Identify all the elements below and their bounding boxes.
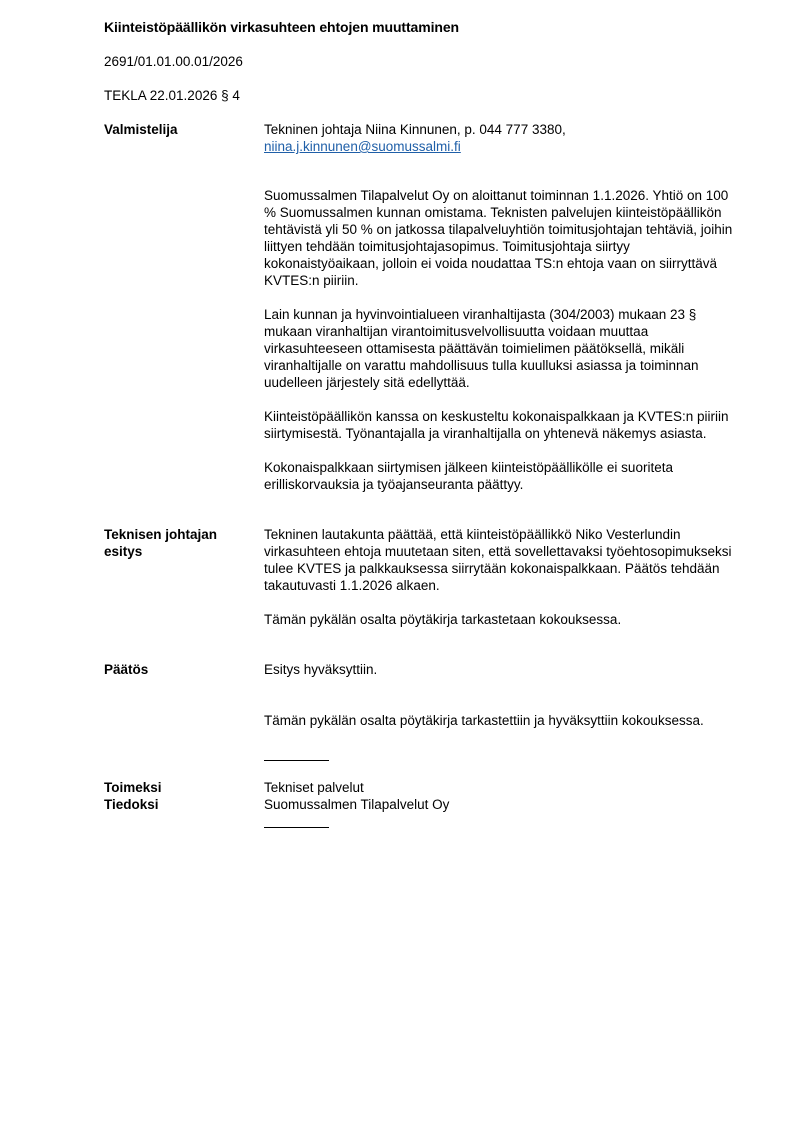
paatos-label: Päätös xyxy=(104,661,148,678)
toimeksi-label: Toimeksi xyxy=(104,779,162,796)
preparer-email-link[interactable]: niina.j.kinnunen@suomussalmi.fi xyxy=(264,139,461,154)
esitys-label-line1: Teknisen johtajan xyxy=(104,526,217,543)
toimeksi-value: Tekniset palvelut xyxy=(264,779,744,796)
valmistelija-label: Valmistelija xyxy=(104,121,178,138)
proposal-paragraph: Tämän pykälän osalta pöytäkirja tarkaste… xyxy=(264,611,744,628)
body-paragraph: Suomussalmen Tilapalvelut Oy on aloittan… xyxy=(264,187,744,289)
meeting-reference: TEKLA 22.01.2026 § 4 xyxy=(104,88,240,103)
document-title: Kiinteistöpäällikön virkasuhteen ehtojen… xyxy=(104,19,459,35)
esitys-label: Teknisen johtajan esitys xyxy=(104,526,217,560)
body-paragraph: Kiinteistöpäällikön kanssa on keskustelt… xyxy=(264,408,744,442)
valmistelija-body: Suomussalmen Tilapalvelut Oy on aloittan… xyxy=(264,187,744,493)
reference-number: 2691/01.01.00.01/2026 xyxy=(104,54,243,69)
esitys-content: Tekninen lautakunta päättää, että kiinte… xyxy=(264,526,744,628)
esitys-label-line2: esitys xyxy=(104,543,217,560)
body-paragraph: Kokonaispalkkaan siirtymisen jälkeen kii… xyxy=(264,459,744,493)
section-divider xyxy=(264,760,329,761)
tiedoksi-value: Suomussalmen Tilapalvelut Oy xyxy=(264,796,744,813)
section-divider xyxy=(264,827,329,828)
body-paragraph: Lain kunnan ja hyvinvointialueen viranha… xyxy=(264,306,744,391)
paatos-note: Tämän pykälän osalta pöytäkirja tarkaste… xyxy=(264,712,744,729)
valmistelija-content: Tekninen johtaja Niina Kinnunen, p. 044 … xyxy=(264,121,744,155)
proposal-paragraph: Tekninen lautakunta päättää, että kiinte… xyxy=(264,526,744,594)
paatos-decision: Esitys hyväksyttiin. xyxy=(264,661,744,678)
preparer-info: Tekninen johtaja Niina Kinnunen, p. 044 … xyxy=(264,121,744,138)
tiedoksi-label: Tiedoksi xyxy=(104,796,159,813)
